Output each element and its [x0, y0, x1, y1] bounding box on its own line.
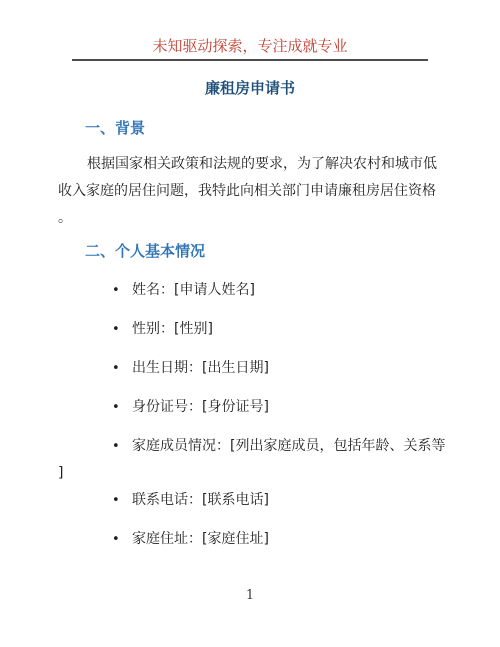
list-item-name: • 姓名：[申请人姓名]	[58, 277, 444, 304]
list-item-label: 性别：[性别]	[132, 316, 213, 343]
list-item-birthdate: • 出生日期：[出生日期]	[58, 355, 444, 382]
list-item-label: 身份证号：[身份证号]	[132, 394, 269, 421]
list-item-address: • 家庭住址：[家庭住址]	[58, 526, 444, 553]
list-item-label: 家庭住址：[家庭住址]	[132, 526, 269, 553]
bullet-icon: •	[112, 394, 132, 421]
document-page: 未知驱动探索，专注成就专业 廉租房申请书 一、背景 根据国家相关政策和法规的要求…	[0, 0, 500, 647]
bullet-icon: •	[112, 526, 132, 553]
section-heading-personal-info: 二、个人基本情况	[58, 240, 444, 262]
page-number: 1	[246, 588, 254, 603]
document-title: 廉租房申请书	[0, 77, 500, 99]
list-item-phone: • 联系电话：[联系电话]	[58, 487, 444, 514]
list-item-family-members: • 家庭成员情况：[列出家庭成员，包括年龄、关系等	[58, 433, 444, 460]
list-item-gender: • 性别：[性别]	[58, 316, 444, 343]
paragraph-line: 收入家庭的居住问题，我特此向相关部门申请廉租房居住资格	[58, 178, 444, 205]
background-paragraph: 根据国家相关政策和法规的要求，为了解决农村和城市低 收入家庭的居住问题，我特此向…	[58, 151, 444, 232]
personal-info-list: • 姓名：[申请人姓名] • 性别：[性别] • 出生日期：[出生日期] • 身…	[58, 277, 444, 553]
list-item-family-members-overflow: ]	[58, 460, 444, 487]
list-item-id-number: • 身份证号：[身份证号]	[58, 394, 444, 421]
bullet-icon: •	[112, 316, 132, 343]
header-rule	[72, 59, 428, 61]
document-body: 一、背景 根据国家相关政策和法规的要求，为了解决农村和城市低 收入家庭的居住问题…	[0, 117, 500, 553]
list-item-label: 姓名：[申请人姓名]	[132, 277, 255, 304]
list-item-label: 出生日期：[出生日期]	[132, 355, 269, 382]
page-footer: 1	[0, 584, 500, 603]
list-item-label: 联系电话：[联系电话]	[132, 487, 269, 514]
list-item-label: 家庭成员情况：[列出家庭成员，包括年龄、关系等	[132, 433, 445, 460]
bullet-icon: •	[112, 433, 132, 460]
paragraph-line: 根据国家相关政策和法规的要求，为了解决农村和城市低	[58, 151, 444, 178]
page-header: 未知驱动探索，专注成就专业	[0, 0, 500, 61]
bullet-icon: •	[112, 277, 132, 304]
bullet-icon: •	[112, 487, 132, 514]
bullet-icon: •	[112, 355, 132, 382]
paragraph-line: 。	[58, 205, 444, 232]
header-motto: 未知驱动探索，专注成就专业	[0, 0, 500, 58]
section-heading-background: 一、背景	[58, 117, 444, 139]
